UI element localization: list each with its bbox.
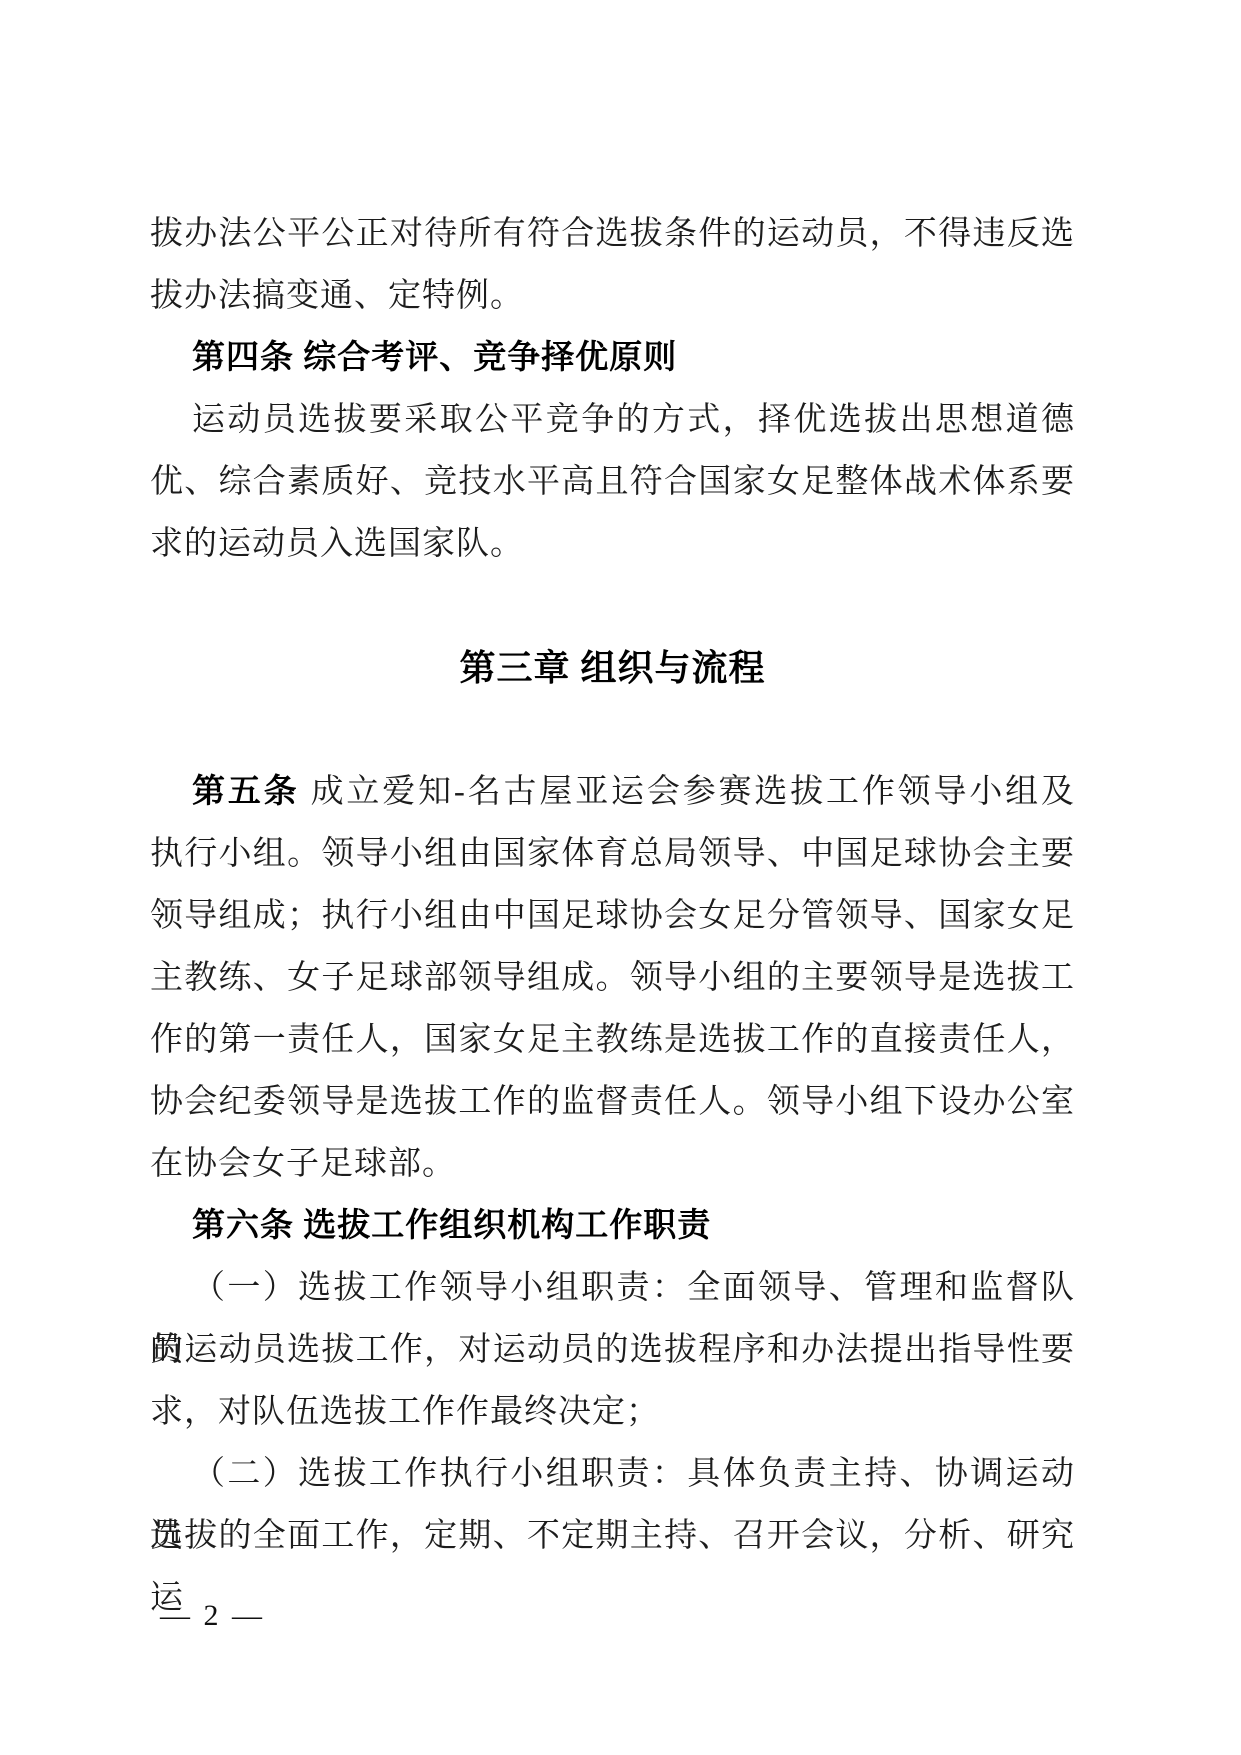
text-segment: 协会纪委领导是选拔工作的监督责任人。领导小组下设办公室 (150, 1084, 1075, 1120)
page-number: — 2 — (160, 1591, 265, 1641)
text-segment: 第五条 (192, 774, 300, 810)
text-segment: 求，对队伍选拔工作作最终决定； (150, 1394, 660, 1430)
body-text-line: 领导组成；执行小组由中国足球协会女足分管领导、国家女足 (150, 885, 1075, 947)
chapter-heading: 第三章 组织与流程 (150, 637, 1075, 699)
text-segment: 拔办法公平公正对待所有符合选拔条件的运动员，不得违反选 (150, 216, 1075, 252)
text-segment: 在协会女子足球部。 (150, 1146, 456, 1182)
text-segment: 领导组成；执行小组由中国足球协会女足分管领导、国家女足 (150, 898, 1075, 934)
text-segment: 拔办法搞变通、定特例。 (150, 278, 524, 314)
text-segment: 第六条 选拔工作组织机构工作职责 (192, 1208, 711, 1244)
document-page: 拔办法公平公正对待所有符合选拔条件的运动员，不得违反选拔办法搞变通、定特例。第四… (0, 0, 1241, 1755)
body-text-line: 求的运动员入选国家队。 (150, 513, 1075, 575)
body-text-line: 主教练、女子足球部领导组成。领导小组的主要领导是选拔工 (150, 947, 1075, 1009)
body-text-line: 选拔的全面工作，定期、不定期主持、召开会议，分析、研究运 (150, 1505, 1075, 1567)
text-segment: 作的第一责任人，国家女足主教练是选拔工作的直接责任人， (150, 1022, 1075, 1058)
text-segment: 主教练、女子足球部领导组成。领导小组的主要领导是选拔工 (150, 960, 1075, 996)
text-segment: 的运动员选拔工作，对运动员的选拔程序和办法提出指导性要 (150, 1332, 1075, 1368)
body-text-line: 第五条 成立爱知-名古屋亚运会参赛选拔工作领导小组及 (150, 761, 1075, 823)
text-segment: 选拔的全面工作，定期、不定期主持、召开会议，分析、研究运 (150, 1518, 1075, 1616)
body-text-line: 拔办法搞变通、定特例。 (150, 265, 1075, 327)
text-segment: 运动员选拔要采取公平竞争的方式，择优选拔出思想道德 (192, 402, 1075, 438)
body-text-line: 的运动员选拔工作，对运动员的选拔程序和办法提出指导性要 (150, 1319, 1075, 1381)
text-segment: 第四条 综合考评、竞争择优原则 (192, 340, 677, 376)
text-segment: 第三章 组织与流程 (459, 648, 765, 688)
text-segment: 执行小组。领导小组由国家体育总局领导、中国足球协会主要 (150, 836, 1075, 872)
text-segment: 成立爱知-名古屋亚运会参赛选拔工作领导小组及 (300, 774, 1076, 810)
body-text-line: （二）选拔工作执行小组职责：具体负责主持、协调运动员 (150, 1443, 1075, 1505)
body-text-line: 优、综合素质好、竞技水平高且符合国家女足整体战术体系要 (150, 451, 1075, 513)
body-text-line: 在协会女子足球部。 (150, 1133, 1075, 1195)
body-text-line: 求，对队伍选拔工作作最终决定； (150, 1381, 1075, 1443)
body-text-line: 执行小组。领导小组由国家体育总局领导、中国足球协会主要 (150, 823, 1075, 885)
text-segment: 求的运动员入选国家队。 (150, 526, 524, 562)
body-text-line: 运动员选拔要采取公平竞争的方式，择优选拔出思想道德 (150, 389, 1075, 451)
document-content: 拔办法公平公正对待所有符合选拔条件的运动员，不得违反选拔办法搞变通、定特例。第四… (150, 203, 1075, 1567)
text-segment: 优、综合素质好、竞技水平高且符合国家女足整体战术体系要 (150, 464, 1075, 500)
body-text-line: 作的第一责任人，国家女足主教练是选拔工作的直接责任人， (150, 1009, 1075, 1071)
article-heading: 第四条 综合考评、竞争择优原则 (150, 327, 1075, 389)
body-text-line: 协会纪委领导是选拔工作的监督责任人。领导小组下设办公室 (150, 1071, 1075, 1133)
body-text-line: （一）选拔工作领导小组职责：全面领导、管理和监督队员 (150, 1257, 1075, 1319)
body-text-line: 拔办法公平公正对待所有符合选拔条件的运动员，不得违反选 (150, 203, 1075, 265)
article-heading: 第六条 选拔工作组织机构工作职责 (150, 1195, 1075, 1257)
